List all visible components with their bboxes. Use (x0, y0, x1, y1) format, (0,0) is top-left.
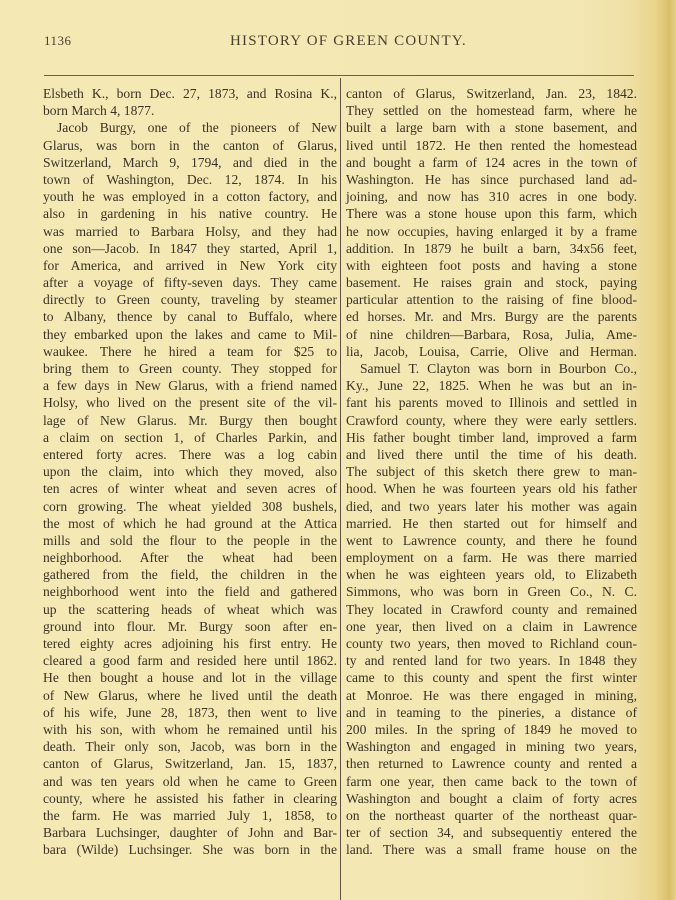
text-line: Barbara Luchsinger, daughter of John and… (43, 824, 337, 841)
text-line: at Monroe. He was there engaged in minin… (346, 687, 637, 704)
text-line: canton of Glarus, Switzerland, Jan. 23, … (346, 85, 637, 102)
text-line: neighborhood. After the wheat had been (43, 549, 337, 566)
text-line: hood. When he was fourteen years old his… (346, 480, 637, 497)
text-line: up the scattering heads of wheat which w… (43, 601, 337, 618)
text-line: ty and rented land for two years. In 184… (346, 652, 637, 669)
text-line: Holsy, who lived on the present site of … (43, 394, 337, 411)
left-column: Elsbeth K., born Dec. 27, 1873, and Rosi… (43, 85, 337, 858)
text-line: then returned to Lawrence county and ren… (346, 755, 637, 772)
text-line: joining, and now has 310 acres in one bo… (346, 188, 637, 205)
text-line: basement. He raises grain and stock, pay… (346, 274, 637, 291)
text-line: went to Lawrence county, and there he fo… (346, 532, 637, 549)
text-line: Washington. He has since purchased land … (346, 171, 637, 188)
text-line: His father bought timber land, improved … (346, 429, 637, 446)
text-line: corn growing. The wheat yielded 308 bush… (43, 498, 337, 515)
text-line: ten acres of winter wheat and seven acre… (43, 480, 337, 497)
text-line: land. There was a small frame house on t… (346, 841, 637, 858)
text-line: also in gardening in his native country.… (43, 205, 337, 222)
text-line: lived until 1872. He then rented the hom… (346, 137, 637, 154)
text-line: ter of section 34, and subsequentiy ente… (346, 824, 637, 841)
text-line: They located in Crawford county and rema… (346, 601, 637, 618)
text-line: to Albany, thence by canal to Buffalo, w… (43, 308, 337, 325)
text-line: came to this county and spent the first … (346, 669, 637, 686)
text-line: one year, then lived on a claim in Lawre… (346, 618, 637, 635)
text-line: of New Glarus, where he lived until the … (43, 687, 337, 704)
text-line: and bought a farm of 124 acres in the to… (346, 154, 637, 171)
text-line: of his wife, June 28, 1873, then went to… (43, 704, 337, 721)
text-line: lia, Jacob, Louisa, Carrie, Olive and He… (346, 343, 637, 360)
text-line: canton of Glarus, Switzerland, Jan. 15, … (43, 755, 337, 772)
text-line: county, where he assisted his father in … (43, 790, 337, 807)
text-line: cleared a good farm and resided here unt… (43, 652, 337, 669)
text-line: mills and sold the flour to the people i… (43, 532, 337, 549)
text-line: and in teaming to the pineries, a distan… (346, 704, 637, 721)
text-line: when he was eighteen years old, to Eliza… (346, 566, 637, 583)
text-line: fant his parents moved to Illinois and s… (346, 394, 637, 411)
text-line: born March 4, 1877. (43, 102, 337, 119)
text-line: gathered from the field, the children in… (43, 566, 337, 583)
text-line: Glarus, was born in the canton of Glarus… (43, 137, 337, 154)
text-line: with eighteen foot posts and having a st… (346, 257, 637, 274)
text-line: The subject of this sketch there grew to… (346, 463, 637, 480)
text-line: and lived there until the time of his de… (346, 446, 637, 463)
text-line: addition. In 1879 he built a barn, 34x56… (346, 240, 637, 257)
text-line: particular attention to the raising of f… (346, 291, 637, 308)
book-page: 1136 HISTORY OF GREEN COUNTY. Elsbeth K.… (0, 0, 676, 900)
text-line: he now occupies, having enlarged it by a… (346, 223, 637, 240)
text-line: tered eighty acres adjoining his first e… (43, 635, 337, 652)
text-line: with his son, with whom he remained unti… (43, 721, 337, 738)
text-line: upon the claim, into which they moved, a… (43, 463, 337, 480)
running-title: HISTORY OF GREEN COUNTY. (230, 33, 467, 50)
text-line: Switzerland, March 9, 1794, and died in … (43, 154, 337, 171)
column-divider (340, 78, 341, 900)
text-line: on the northeast quarter of the northeas… (346, 807, 637, 824)
text-line: death. Their only son, Jacob, was born i… (43, 738, 337, 755)
page-header: 1136 HISTORY OF GREEN COUNTY. (44, 33, 634, 53)
text-line: Washington and engaged in mining two yea… (346, 738, 637, 755)
text-line: after a voyage of fifty-seven days. They… (43, 274, 337, 291)
text-line: the farm. He was married July 1, 1858, t… (43, 807, 337, 824)
text-line: died, and two years later his mother was… (346, 498, 637, 515)
text-line: they embarked upon the lakes and came to… (43, 326, 337, 343)
text-line: and was ten years old when he came to Gr… (43, 773, 337, 790)
text-line: Crawford county, where they were early s… (346, 412, 637, 429)
text-line: There was a stone house upon this farm, … (346, 205, 637, 222)
text-line: entered forty acres. There was a log cab… (43, 446, 337, 463)
text-line: directly to Green county, traveling by s… (43, 291, 337, 308)
text-line: lage of New Glarus. Mr. Burgy then bough… (43, 412, 337, 429)
text-line: youth he was employed in a cotton factor… (43, 188, 337, 205)
text-line: Samuel T. Clayton was born in Bourbon Co… (346, 360, 637, 377)
text-line: Washington and bought a claim of forty a… (346, 790, 637, 807)
text-line: farm one year, then came back to the tow… (346, 773, 637, 790)
text-line: bring them to Green county. They stopped… (43, 360, 337, 377)
text-line: He then bought a house and lot in the vi… (43, 669, 337, 686)
text-line: employment on a farm. He was there marri… (346, 549, 637, 566)
right-column: canton of Glarus, Switzerland, Jan. 23, … (346, 85, 637, 858)
text-line: built a large barn with a stone basement… (346, 119, 637, 136)
text-line: of nine children—Barbara, Rosa, Julia, A… (346, 326, 637, 343)
text-line: for America, and arrived in New York cit… (43, 257, 337, 274)
text-line: the most of which he had ground at the A… (43, 515, 337, 532)
header-rule (44, 75, 634, 76)
text-line: Elsbeth K., born Dec. 27, 1873, and Rosi… (43, 85, 337, 102)
text-line: one son—Jacob. In 1847 they started, Apr… (43, 240, 337, 257)
text-line: ed horses. Mr. and Mrs. Burgy are the pa… (346, 308, 637, 325)
text-line: Simmons, who was born in Green Co., N. C… (346, 583, 637, 600)
text-line: 200 miles. In the spring of 1849 he move… (346, 721, 637, 738)
page-number: 1136 (44, 33, 72, 49)
text-line: a few days in New Glarus, with a friend … (43, 377, 337, 394)
text-line: Jacob Burgy, one of the pioneers of New (43, 119, 337, 136)
text-line: married. He then started out for himself… (346, 515, 637, 532)
text-line: bara (Wilde) Luchsinger. She was born in… (43, 841, 337, 858)
text-line: a claim on section 1, of Charles Parkin,… (43, 429, 337, 446)
text-line: was married to Barbara Holsy, and they h… (43, 223, 337, 240)
text-line: town of Washington, Dec. 12, 1874. In hi… (43, 171, 337, 188)
text-line: neighborhood went into the field and gat… (43, 583, 337, 600)
text-line: Ky., June 22, 1825. When he was but an i… (346, 377, 637, 394)
text-line: ground into flour. Mr. Burgy soon after … (43, 618, 337, 635)
text-line: They settled on the homestead farm, wher… (346, 102, 637, 119)
text-line: county two years, then moved to Richland… (346, 635, 637, 652)
text-line: waukee. There he hired a team for $25 to (43, 343, 337, 360)
